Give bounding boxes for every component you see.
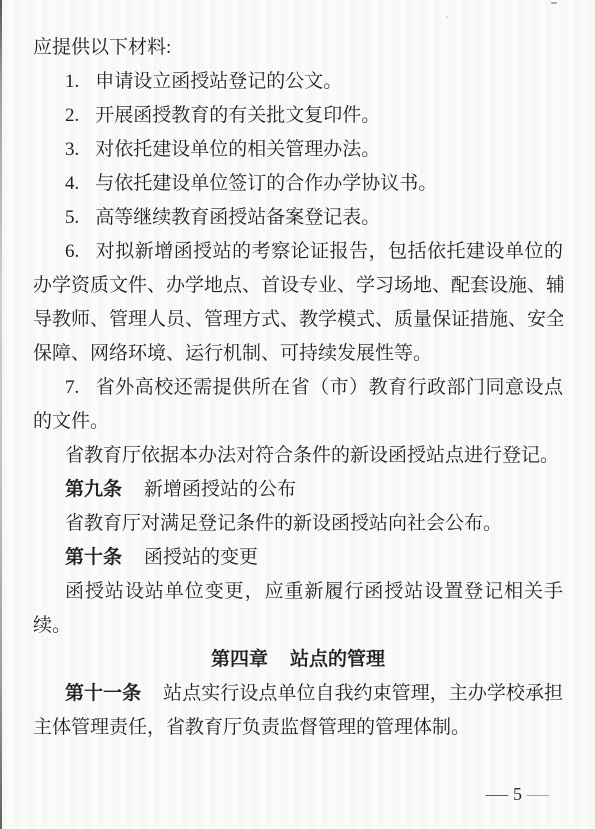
text-line: 7.省外高校还需提供所在省（市）教育行政部门同意设点 xyxy=(33,371,563,405)
article-11: 第十一条站点实行设点单位自我约束管理，主办学校承担主体管理责任，省教育厅负责监督… xyxy=(33,677,563,745)
text: 主体管理责任，省教育厅负责监督管理的管理体制。 xyxy=(33,717,470,738)
text: 函授站设站单位变更，应重新履行函授站设置登记相关手 xyxy=(65,581,563,602)
list-item-4: 4.与依托建设单位签订的合作办学协议书。 xyxy=(33,167,563,201)
article-9: 第九条新增函授站的公布 xyxy=(33,473,563,507)
list-number: 1. xyxy=(65,71,79,92)
para-announce: 省教育厅对满足登记条件的新设函授站向社会公布。 xyxy=(33,507,563,541)
text: 的文件。 xyxy=(33,411,109,432)
text-line: 函授站设站单位变更，应重新履行函授站设置登记相关手 xyxy=(33,575,563,609)
list-number: 2. xyxy=(65,105,79,126)
para-registration: 省教育厅依据本办法对符合条件的新设函授站点进行登记。 xyxy=(33,439,563,473)
text-line: 5.高等继续教育函授站备案登记表。 xyxy=(33,201,563,235)
text-line: 1.申请设立函授站登记的公文。 xyxy=(33,65,563,99)
list-item-7: 7.省外高校还需提供所在省（市）教育行政部门同意设点的文件。 xyxy=(33,371,563,439)
text: 保障、网络环境、运行机制、可持续发展性等。 xyxy=(33,343,432,364)
scan-speck xyxy=(446,16,448,18)
text-line: 3.对依托建设单位的相关管理办法。 xyxy=(33,133,563,167)
article-10: 第十条函授站的变更 xyxy=(33,541,563,575)
text-line: 办学资质文件、办学地点、首设专业、学习场地、配套设施、辅 xyxy=(33,269,563,303)
text: 对依托建设单位的相关管理办法。 xyxy=(95,139,380,160)
para-change: 函授站设站单位变更，应重新履行函授站设置登记相关手续。 xyxy=(33,575,563,643)
text-line: 第九条新增函授站的公布 xyxy=(33,473,563,507)
text-line: 第十一条站点实行设点单位自我约束管理，主办学校承担 xyxy=(33,677,563,711)
list-item-1: 1.申请设立函授站登记的公文。 xyxy=(33,65,563,99)
text: 省教育厅依据本办法对符合条件的新设函授站点进行登记。 xyxy=(65,445,559,466)
document-page: 应提供以下材料:1.申请设立函授站登记的公文。2.开展函授教育的有关批文复印件。… xyxy=(0,0,595,829)
list-number: 6. xyxy=(65,241,79,262)
list-number: 7. xyxy=(65,377,79,398)
page-number: —5— xyxy=(488,785,548,803)
list-item-3: 3.对依托建设单位的相关管理办法。 xyxy=(33,133,563,167)
text: 新增函授站的公布 xyxy=(144,479,296,500)
list-number: 3. xyxy=(65,139,79,160)
text-line: 第四章站点的管理 xyxy=(33,643,563,677)
scan-edge-artifact xyxy=(0,0,2,829)
text-line: 省教育厅对满足登记条件的新设函授站向社会公布。 xyxy=(33,507,563,541)
text-line: 保障、网络环境、运行机制、可持续发展性等。 xyxy=(33,337,563,371)
page-number-dash-left: — xyxy=(486,785,510,803)
list-item-6: 6.对拟新增函授站的考察论证报告，包括依托建设单位的办学资质文件、办学地点、首设… xyxy=(33,235,563,371)
scan-speck xyxy=(551,2,557,4)
text: 申请设立函授站登记的公文。 xyxy=(95,71,342,92)
article-keyword: 第四章 xyxy=(211,649,268,670)
text-line: 2.开展函授教育的有关批文复印件。 xyxy=(33,99,563,133)
text: 省外高校还需提供所在省（市）教育行政部门同意设点 xyxy=(95,377,563,398)
text: 应提供以下材料: xyxy=(33,37,171,58)
text: 导教师、管理人员、管理方式、教学模式、质量保证措施、安全 xyxy=(33,309,563,330)
text: 对拟新增函授站的考察论证报告，包括依托建设单位的 xyxy=(95,241,563,262)
document-body: 应提供以下材料:1.申请设立函授站登记的公文。2.开展函授教育的有关批文复印件。… xyxy=(33,31,563,745)
list-item-5: 5.高等继续教育函授站备案登记表。 xyxy=(33,201,563,235)
text: 办学资质文件、办学地点、首设专业、学习场地、配套设施、辅 xyxy=(33,275,563,296)
intro-line: 应提供以下材料: xyxy=(33,31,563,65)
text-line: 4.与依托建设单位签订的合作办学协议书。 xyxy=(33,167,563,201)
text-line: 第十条函授站的变更 xyxy=(33,541,563,575)
text: 省教育厅对满足登记条件的新设函授站向社会公布。 xyxy=(65,513,502,534)
article-keyword: 第九条 xyxy=(65,479,122,500)
text-line: 主体管理责任，省教育厅负责监督管理的管理体制。 xyxy=(33,711,563,745)
list-item-2: 2.开展函授教育的有关批文复印件。 xyxy=(33,99,563,133)
article-keyword: 第十条 xyxy=(65,547,122,568)
article-keyword: 第十一条 xyxy=(65,683,141,704)
list-number: 5. xyxy=(65,207,79,228)
text-line: 的文件。 xyxy=(33,405,563,439)
text: 站点实行设点单位自我约束管理，主办学校承担 xyxy=(163,683,563,704)
text: 开展函授教育的有关批文复印件。 xyxy=(95,105,380,126)
chapter-4-heading: 第四章站点的管理 xyxy=(33,643,563,677)
page-number-value: 5 xyxy=(513,784,523,804)
text-line: 导教师、管理人员、管理方式、教学模式、质量保证措施、安全 xyxy=(33,303,563,337)
page-number-dash-right: — xyxy=(527,785,551,803)
text: 高等继续教育函授站备案登记表。 xyxy=(95,207,380,228)
text-line: 续。 xyxy=(33,609,563,643)
text: 续。 xyxy=(33,615,71,636)
text: 函授站的变更 xyxy=(144,547,258,568)
text-line: 6.对拟新增函授站的考察论证报告，包括依托建设单位的 xyxy=(33,235,563,269)
text-line: 应提供以下材料: xyxy=(33,31,563,65)
text: 与依托建设单位签订的合作办学协议书。 xyxy=(95,173,437,194)
text-line: 省教育厅依据本办法对符合条件的新设函授站点进行登记。 xyxy=(33,439,563,473)
list-number: 4. xyxy=(65,173,79,194)
heading-text: 站点的管理 xyxy=(290,649,385,670)
